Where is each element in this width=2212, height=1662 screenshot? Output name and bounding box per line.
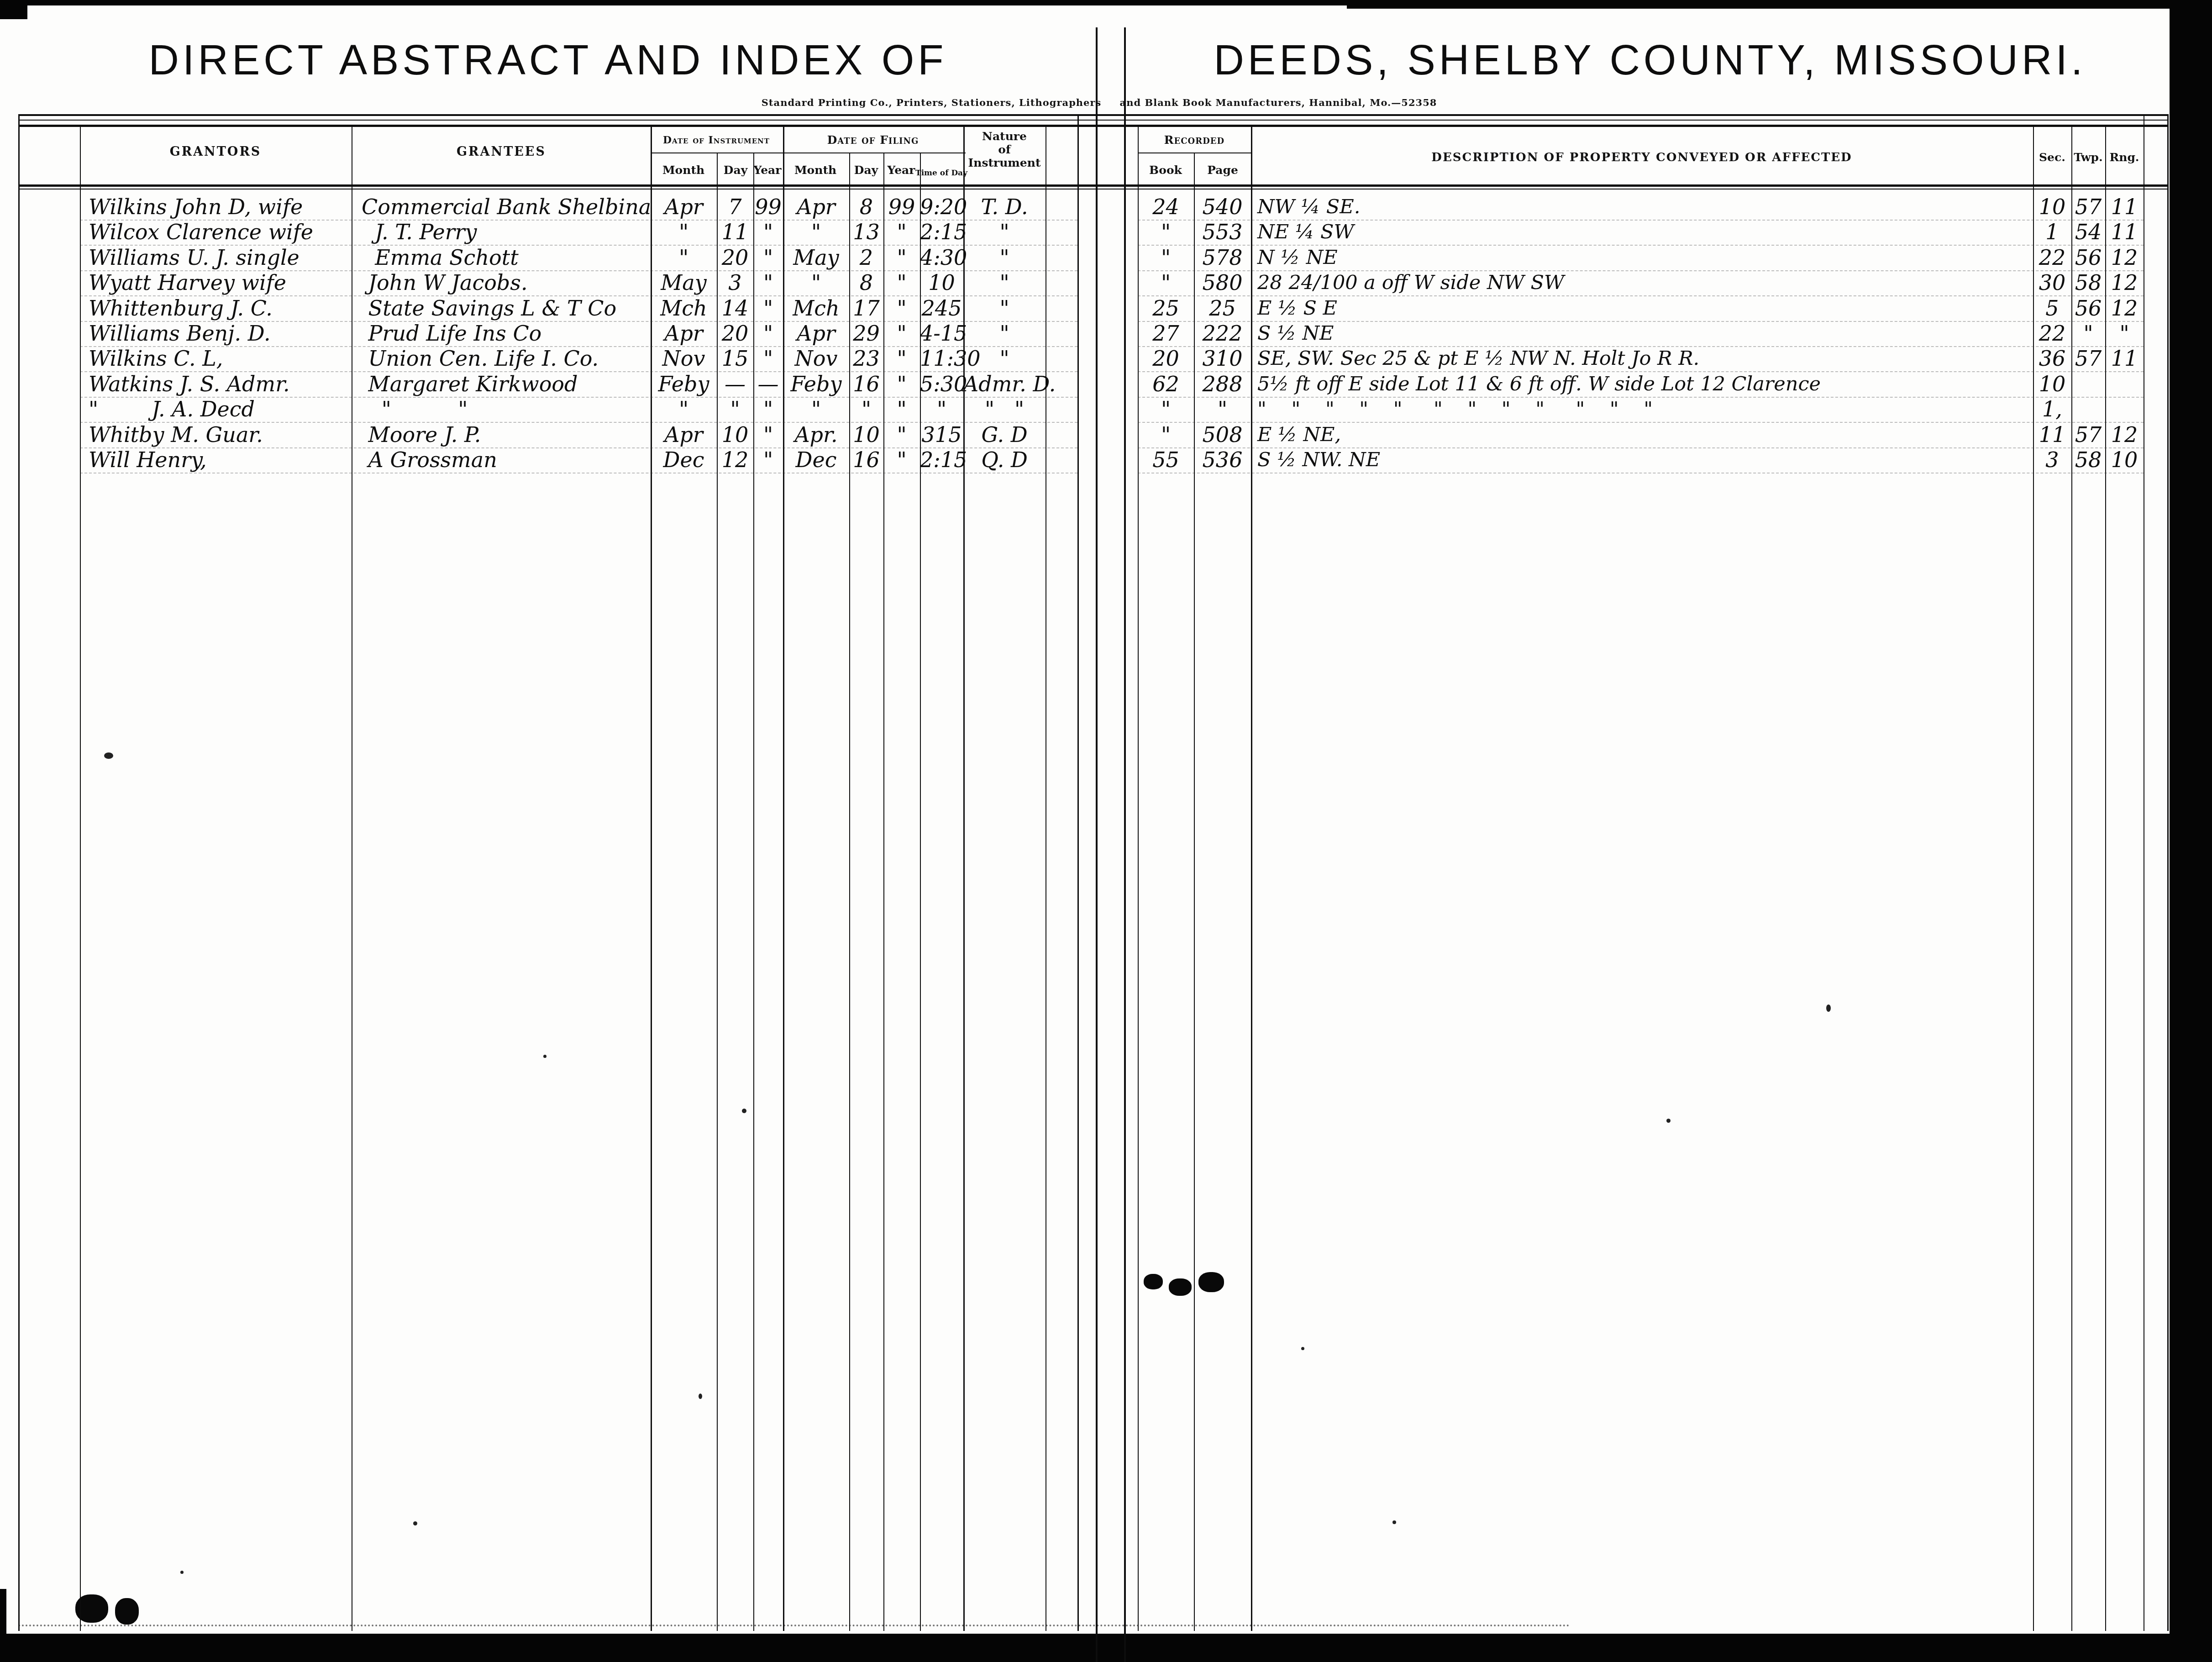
header-twp: Twp. — [2074, 151, 2103, 164]
header-description: DESCRIPTION OF PROPERTY CONVEYED OR AFFE… — [1431, 151, 1852, 164]
column-rule — [963, 125, 965, 1631]
cell-inst_month: " — [651, 397, 717, 423]
cell-book: 20 — [1138, 346, 1194, 373]
cell-page: 508 — [1194, 422, 1251, 449]
header-nature-1: Nature — [982, 130, 1027, 143]
cell-twp: 57 — [2071, 195, 2105, 221]
column-rule — [717, 153, 718, 1631]
row-guide-line — [1138, 245, 2144, 246]
cell-twp: 57 — [2071, 346, 2105, 373]
cell-fil_year: " — [883, 372, 920, 398]
cell-twp: 58 — [2071, 270, 2105, 297]
cell-grantee: Prud Life Ins Co — [355, 321, 656, 347]
column-rule — [753, 153, 754, 1631]
cell-rng: 11 — [2105, 220, 2144, 246]
cell-rng: " — [2105, 321, 2144, 347]
cell-sec: 22 — [2033, 245, 2071, 272]
header-inst-day: Day — [724, 163, 747, 177]
cell-inst_day: — — [717, 372, 753, 398]
cell-book: " — [1138, 220, 1194, 246]
column-rule — [1077, 114, 1079, 1631]
cell-fil_month: " — [783, 220, 849, 246]
cell-inst_month: Apr — [651, 321, 717, 347]
cell-inst_day: " — [717, 397, 753, 423]
cell-inst_year: " — [753, 397, 783, 423]
cell-book: 62 — [1138, 372, 1194, 398]
header-rule — [1138, 153, 1252, 153]
cell-fil_day: 8 — [849, 270, 883, 297]
cell-book: 27 — [1138, 321, 1194, 347]
cell-nature: " — [963, 220, 1046, 246]
cell-grantee: " " — [355, 397, 656, 423]
cell-fil_year: " — [883, 346, 920, 373]
table-row: Wyatt Harvey wife John W Jacobs.May3""8"… — [0, 270, 2212, 297]
cell-fil_year: " — [883, 245, 920, 272]
cell-sec: 22 — [2033, 321, 2071, 347]
column-rule — [2105, 125, 2106, 1631]
header-inst-year: Year — [754, 163, 782, 177]
header-recorded: Recorded — [1164, 133, 1224, 147]
cell-inst_year: — — [753, 372, 783, 398]
cell-page: 288 — [1194, 372, 1251, 398]
column-rule — [2033, 125, 2034, 1631]
cell-book: " — [1138, 270, 1194, 297]
cell-book: " — [1138, 397, 1194, 423]
cell-description: 28 24/100 a off W side NW SW — [1251, 270, 2039, 297]
cell-grantee: Union Cen. Life I. Co. — [355, 346, 656, 373]
cell-grantee: Margaret Kirkwood — [355, 372, 656, 398]
cell-nature: " — [963, 346, 1046, 373]
row-guide-line — [80, 220, 1077, 221]
cell-fil_month: " — [783, 397, 849, 423]
row-guide-line — [80, 397, 1077, 398]
row-guide-line — [1138, 447, 2144, 448]
cell-fil_time: 245 — [920, 296, 963, 322]
row-guide-line — [80, 473, 1077, 473]
cell-sec: 5 — [2033, 296, 2071, 322]
header-grantors: GRANTORS — [170, 145, 262, 159]
row-guide-line — [80, 321, 1077, 322]
cell-inst_day: 15 — [717, 346, 753, 373]
cell-grantor: Watkins J. S. Admr. — [82, 372, 356, 398]
cell-book: 55 — [1138, 447, 1194, 474]
cell-fil_day: " — [849, 397, 883, 423]
cell-fil_year: " — [883, 270, 920, 297]
cell-fil_month: Feby — [783, 372, 849, 398]
row-guide-line — [80, 245, 1077, 246]
cell-description: " " " " " " " " " " " " — [1251, 397, 2039, 423]
column-rule — [1194, 153, 1195, 1631]
cell-nature: " — [963, 296, 1046, 322]
header-time-of-day: Time of Day — [915, 166, 967, 180]
cell-grantor: Williams Benj. D. — [82, 321, 356, 347]
cell-nature: " " — [963, 397, 1046, 423]
cell-rng: 12 — [2105, 245, 2144, 272]
header-page: Page — [1207, 163, 1238, 177]
cell-twp: 54 — [2071, 220, 2105, 246]
ink-blot — [115, 1598, 139, 1625]
scan-edge-bottom — [0, 1634, 2212, 1662]
cell-fil_year: " — [883, 321, 920, 347]
header-date-of-filing: Date of Filing — [827, 133, 919, 147]
table-row: Williams Benj. D. Prud Life Ins CoApr20"… — [0, 321, 2212, 347]
cell-page: 536 — [1194, 447, 1251, 474]
row-guide-line — [80, 422, 1077, 423]
cell-nature: " — [963, 321, 1046, 347]
cell-inst_day: 10 — [717, 422, 753, 449]
cell-fil_year: " — [883, 422, 920, 449]
table-row: Williams U. J. single Emma Schott"20"May… — [0, 245, 2212, 272]
cell-nature: " — [963, 270, 1046, 297]
cell-inst_month: " — [651, 220, 717, 246]
cell-inst_day: 3 — [717, 270, 753, 297]
table-row: Will Henry, A GrossmanDec12"Dec16"2:15Q.… — [0, 447, 2212, 474]
cell-page: 553 — [1194, 220, 1251, 246]
row-guide-line — [1138, 220, 2144, 221]
header-rule — [18, 184, 2169, 187]
cell-fil_year: " — [883, 447, 920, 474]
table-row: Wilkins C. L, Union Cen. Life I. Co.Nov1… — [0, 346, 2212, 373]
cell-sec: 1 — [2033, 220, 2071, 246]
dust-speck — [1301, 1347, 1304, 1350]
cell-twp: 57 — [2071, 422, 2105, 449]
cell-inst_year: " — [753, 447, 783, 474]
cell-inst_year: " — [753, 346, 783, 373]
cell-twp — [2071, 397, 2105, 423]
cell-inst_day: 20 — [717, 321, 753, 347]
column-rule — [883, 153, 884, 1631]
cell-nature: Admr. D. — [963, 372, 1046, 398]
cell-description: N ½ NE — [1251, 245, 2039, 272]
cell-sec: 30 — [2033, 270, 2071, 297]
row-guide-line — [80, 447, 1077, 448]
cell-rng: 10 — [2105, 447, 2144, 474]
cell-fil_day: 16 — [849, 372, 883, 398]
cell-fil_month: Nov — [783, 346, 849, 373]
cell-fil_day: 13 — [849, 220, 883, 246]
cell-fil_year: " — [883, 220, 920, 246]
scan-edge-top — [0, 0, 2212, 5]
cell-inst_day: 20 — [717, 245, 753, 272]
cell-description: 5½ ft off E side Lot 11 & 6 ft off. W si… — [1251, 372, 2039, 398]
cell-grantor: Wyatt Harvey wife — [82, 270, 356, 297]
cell-fil_day: 8 — [849, 195, 883, 221]
cell-description: S ½ NW. NE — [1251, 447, 2039, 474]
cell-grantor: Williams U. J. single — [82, 245, 356, 272]
column-rule — [1251, 125, 1252, 1631]
cell-inst_day: 14 — [717, 296, 753, 322]
row-guide-line — [1138, 422, 2144, 423]
cell-fil_day: 17 — [849, 296, 883, 322]
row-guide-line — [80, 270, 1077, 271]
scan-corner-bottomleft — [0, 1589, 6, 1662]
dust-speck — [413, 1521, 417, 1525]
cell-inst_month: Nov — [651, 346, 717, 373]
cell-inst_month: Dec — [651, 447, 717, 474]
header-fil-month: Month — [794, 163, 836, 177]
cell-page: 578 — [1194, 245, 1251, 272]
header-grantees: GRANTEES — [457, 145, 546, 159]
cell-grantee: State Savings L & T Co — [355, 296, 656, 322]
header-rule — [651, 153, 966, 153]
header-nature-3: Instrument — [968, 156, 1041, 170]
cell-description: E ½ NE, — [1251, 422, 2039, 449]
cell-rng: 11 — [2105, 195, 2144, 221]
header-rule — [18, 114, 2169, 116]
row-guide-line — [80, 346, 1077, 347]
cell-book: " — [1138, 422, 1194, 449]
cell-twp — [2071, 372, 2105, 398]
scan-edge-top-2 — [1347, 5, 2212, 9]
cell-rng: 12 — [2105, 296, 2144, 322]
cell-inst_year: " — [753, 422, 783, 449]
cell-inst_month: Mch — [651, 296, 717, 322]
table-row: " J. A. Decd " """"""""" """" " " " " " … — [0, 397, 2212, 423]
column-rule — [80, 126, 81, 1631]
table-row: Watkins J. S. Admr. Margaret KirkwoodFeb… — [0, 372, 2212, 398]
cell-fil_day: 10 — [849, 422, 883, 449]
row-guide-line — [1138, 270, 2144, 271]
dust-speck — [543, 1055, 546, 1058]
cell-inst_year: " — [753, 220, 783, 246]
cell-description: NE ¼ SW — [1251, 220, 2039, 246]
column-rule — [920, 153, 921, 1631]
cell-nature: " — [963, 245, 1046, 272]
cell-description: E ½ S E — [1251, 296, 2039, 322]
header-rule — [18, 189, 2169, 189]
row-guide-line — [1138, 397, 2144, 398]
cell-fil_day: 29 — [849, 321, 883, 347]
cell-page: 580 — [1194, 270, 1251, 297]
cell-book: " — [1138, 245, 1194, 272]
cell-twp: 58 — [2071, 447, 2105, 474]
cell-fil_time: 9:20 — [920, 195, 963, 221]
cell-page: 25 — [1194, 296, 1251, 322]
table-row: Whittenburg J. C. State Savings L & T Co… — [0, 296, 2212, 322]
cell-description: S ½ NE — [1251, 321, 2039, 347]
cell-rng — [2105, 397, 2144, 423]
cell-inst_year: 99 — [753, 195, 783, 221]
cell-inst_month: Apr — [651, 422, 717, 449]
cell-inst_year: " — [753, 270, 783, 297]
cell-fil_year: " — [883, 296, 920, 322]
dust-speck — [1392, 1520, 1396, 1524]
cell-grantee: Commercial Bank Shelbina — [355, 195, 656, 221]
imprint-right: and Blank Book Manufacturers, Hannibal, … — [1120, 97, 1437, 108]
column-rule — [18, 114, 20, 1631]
row-guide-line — [1138, 295, 2144, 296]
row-guide-line — [1138, 346, 2144, 347]
cell-fil_month: Mch — [783, 296, 849, 322]
column-rule — [849, 153, 850, 1631]
cell-fil_month: May — [783, 245, 849, 272]
cell-fil_day: 2 — [849, 245, 883, 272]
cell-inst_day: 12 — [717, 447, 753, 474]
cell-grantor: " J. A. Decd — [82, 397, 356, 423]
cell-grantor: Wilcox Clarence wife — [82, 220, 356, 246]
cell-inst_month: Feby — [651, 372, 717, 398]
cell-fil_day: 23 — [849, 346, 883, 373]
page-title-right: DEEDS, SHELBY COUNTY, MISSOURI. — [1214, 37, 2086, 84]
row-guide-line — [80, 371, 1077, 372]
dust-speck — [1826, 1005, 1831, 1012]
cell-fil_month: Dec — [783, 447, 849, 474]
imprint-left: Standard Printing Co., Printers, Station… — [762, 97, 1102, 108]
cell-description: SE, SW. Sec 25 & pt E ½ NW N. Holt Jo R … — [1251, 346, 2039, 373]
cell-grantor: Whittenburg J. C. — [82, 296, 356, 322]
header-book: Book — [1149, 163, 1182, 177]
page-title-left: DIRECT ABSTRACT AND INDEX OF — [148, 37, 947, 84]
cell-grantor: Wilkins C. L, — [82, 346, 356, 373]
cell-page: " — [1194, 397, 1251, 423]
cell-inst_month: Apr — [651, 195, 717, 221]
cell-book: 24 — [1138, 195, 1194, 221]
dust-speck — [104, 752, 113, 759]
cell-grantee: John W Jacobs. — [355, 270, 656, 297]
cell-nature: T. D. — [963, 195, 1046, 221]
cell-rng — [2105, 372, 2144, 398]
row-guide-line — [1138, 371, 2144, 372]
cell-nature: G. D — [963, 422, 1046, 449]
cell-grantee: A Grossman — [355, 447, 656, 474]
header-rule — [18, 120, 2169, 121]
cell-twp: 56 — [2071, 245, 2105, 272]
row-guide-line — [1138, 473, 2144, 473]
cell-inst_year: " — [753, 296, 783, 322]
cell-nature: Q. D — [963, 447, 1046, 474]
cell-page: 540 — [1194, 195, 1251, 221]
cell-page: 310 — [1194, 346, 1251, 373]
cell-sec: 1, — [2033, 397, 2071, 423]
cell-rng: 12 — [2105, 422, 2144, 449]
cell-sec: 11 — [2033, 422, 2071, 449]
column-rule — [2167, 114, 2169, 1631]
ink-smudge — [1198, 1272, 1224, 1292]
table-row: Wilkins John D, wifeCommercial Bank Shel… — [0, 195, 2212, 221]
header-date-of-instrument: Date of Instrument — [663, 133, 770, 147]
cell-grantee: Moore J. P. — [355, 422, 656, 449]
cell-book: 25 — [1138, 296, 1194, 322]
dust-speck — [699, 1394, 702, 1399]
header-inst-month: Month — [662, 163, 704, 177]
cell-twp: " — [2071, 321, 2105, 347]
cell-grantor: Whitby M. Guar. — [82, 422, 356, 449]
column-rule — [651, 125, 652, 1631]
cell-fil_time: 4:30 — [920, 245, 963, 272]
cell-sec: 36 — [2033, 346, 2071, 373]
cell-fil_month: Apr — [783, 321, 849, 347]
column-rule — [2071, 125, 2072, 1631]
table-row: Whitby M. Guar. Moore J. P.Apr10"Apr.10"… — [0, 422, 2212, 449]
row-guide-line — [80, 295, 1077, 296]
cell-inst_year: " — [753, 321, 783, 347]
cell-fil_year: " — [883, 397, 920, 423]
ink-smudge — [1169, 1278, 1192, 1296]
cell-page: 222 — [1194, 321, 1251, 347]
ledger-sheet: DIRECT ABSTRACT AND INDEX OF DEEDS, SHEL… — [0, 0, 2212, 1662]
row-guide-line — [1138, 321, 2144, 322]
cell-fil_month: Apr. — [783, 422, 849, 449]
scan-dust-bottom — [18, 1625, 1571, 1626]
column-rule — [1138, 125, 1139, 1631]
cell-fil_month: " — [783, 270, 849, 297]
cell-fil_month: Apr — [783, 195, 849, 221]
column-rule — [1046, 125, 1046, 1631]
cell-sec: 10 — [2033, 372, 2071, 398]
table-row: Wilcox Clarence wife J. T. Perry"11""13"… — [0, 220, 2212, 246]
ink-smudge — [1144, 1274, 1163, 1289]
dust-speck — [180, 1571, 184, 1574]
cell-grantee: J. T. Perry — [355, 220, 656, 246]
cell-grantor: Wilkins John D, wife — [82, 195, 356, 221]
cell-fil_day: 16 — [849, 447, 883, 474]
cell-sec: 3 — [2033, 447, 2071, 474]
cell-grantee: Emma Schott — [355, 245, 656, 272]
header-nature-2: of — [998, 143, 1010, 157]
header-rule — [18, 125, 2169, 127]
cell-grantor: Will Henry, — [82, 447, 356, 474]
cell-inst_year: " — [753, 245, 783, 272]
cell-fil_time: 2:15 — [920, 220, 963, 246]
cell-rng: 12 — [2105, 270, 2144, 297]
cell-rng: 11 — [2105, 346, 2144, 373]
cell-inst_month: May — [651, 270, 717, 297]
header-rng: Rng. — [2109, 151, 2139, 164]
cell-fil_time: " — [920, 397, 963, 423]
header-sec: Sec. — [2039, 151, 2065, 164]
cell-fil_time: 4-15 — [920, 321, 963, 347]
cell-inst_day: 7 — [717, 195, 753, 221]
cell-fil_time: 315 — [920, 422, 963, 449]
header-fil-year: Year — [888, 163, 915, 177]
column-rule — [783, 125, 784, 1631]
cell-description: NW ¼ SE. — [1251, 195, 2039, 221]
cell-inst_month: " — [651, 245, 717, 272]
cell-sec: 10 — [2033, 195, 2071, 221]
cell-fil_time: 5:30 — [920, 372, 963, 398]
dust-speck — [742, 1109, 746, 1113]
cell-fil_year: 99 — [883, 195, 920, 221]
cell-twp: 56 — [2071, 296, 2105, 322]
cell-fil_time: 10 — [920, 270, 963, 297]
header-fil-day: Day — [854, 163, 878, 177]
dust-speck — [1666, 1119, 1671, 1123]
cell-fil_time: 2:15 — [920, 447, 963, 474]
scan-corner-topleft — [0, 0, 27, 19]
column-rule — [352, 126, 352, 1631]
cell-inst_day: 11 — [717, 220, 753, 246]
column-rule — [2144, 114, 2144, 1631]
cell-fil_time: 11:30 — [920, 346, 963, 373]
